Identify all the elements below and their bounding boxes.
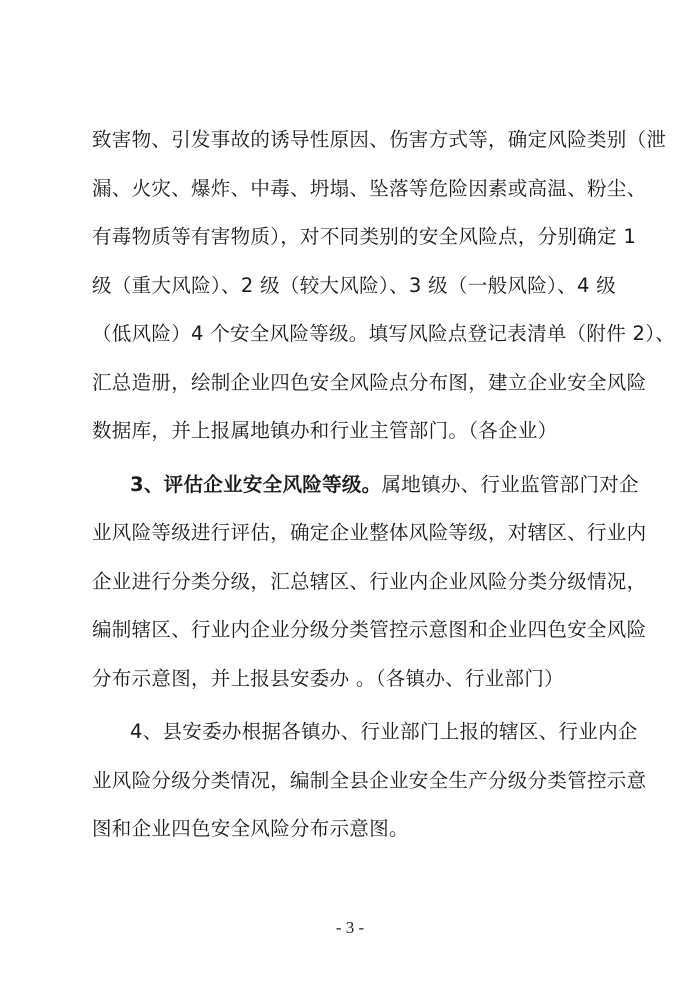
- text-line: 级（重大风险）、2 级（较大风险）、3 级（一般风险）、4 级: [92, 262, 616, 311]
- section-heading: 评估企业安全风险等级。: [164, 473, 382, 496]
- document-page: 致害物、引发事故的诱导性原因、伤害方式等，确定风险类别（泄 漏、火灾、爆炸、中毒…: [0, 0, 700, 990]
- text-line: 业风险分级分类情况，编制全县企业安全生产分级分类管控示意: [92, 757, 616, 806]
- text-line: 编制辖区、行业内企业分级分类管控示意图和企业四色安全风险: [92, 606, 616, 655]
- text-line: 企业进行分类分级，汇总辖区、行业内企业风险分类分级情况，: [92, 558, 616, 607]
- text-line: 有毒物质等有害物质），对不同类别的安全风险点，分别确定 1: [92, 213, 616, 262]
- text-line: 分布示意图，并上报县安委办 。（各镇办、行业部门）: [92, 655, 616, 704]
- text-line: 图和企业四色安全风险分布示意图。: [92, 805, 616, 854]
- text-line: （低风险）4 个安全风险等级。填写风险点登记表清单（附件 2）、: [92, 310, 616, 359]
- paragraph-risk-categories: 致害物、引发事故的诱导性原因、伤害方式等，确定风险类别（泄 漏、火灾、爆炸、中毒…: [92, 116, 616, 456]
- document-body: 致害物、引发事故的诱导性原因、伤害方式等，确定风险类别（泄 漏、火灾、爆炸、中毒…: [92, 116, 616, 854]
- heading-line: 3、评估企业安全风险等级。属地镇办、行业监管部门对企: [92, 461, 616, 510]
- page-number: - 3 -: [0, 918, 700, 938]
- heading-line-rest: 属地镇办、行业监管部门对企: [381, 473, 638, 496]
- section-number: 3、: [130, 473, 164, 496]
- paragraph-assess-risk-level: 3、评估企业安全风险等级。属地镇办、行业监管部门对企 业风险等级进行评估，确定企…: [92, 461, 616, 704]
- text-line: 业风险等级进行评估，确定企业整体风险等级，对辖区、行业内: [92, 509, 616, 558]
- text-line: 汇总造册，绘制企业四色安全风险点分布图，建立企业安全风险: [92, 359, 616, 408]
- text-line: 数据库，并上报属地镇办和行业主管部门。（各企业）: [92, 407, 616, 456]
- text-line: 漏、火灾、爆炸、中毒、坍塌、坠落等危险因素或高温、粉尘、: [92, 165, 616, 214]
- paragraph-county-office: 4、县安委办根据各镇办、行业部门上报的辖区、行业内企 业风险分级分类情况，编制全…: [92, 708, 616, 854]
- text-line: 致害物、引发事故的诱导性原因、伤害方式等，确定风险类别（泄: [92, 116, 616, 165]
- text-line: 4、县安委办根据各镇办、行业部门上报的辖区、行业内企: [92, 708, 616, 757]
